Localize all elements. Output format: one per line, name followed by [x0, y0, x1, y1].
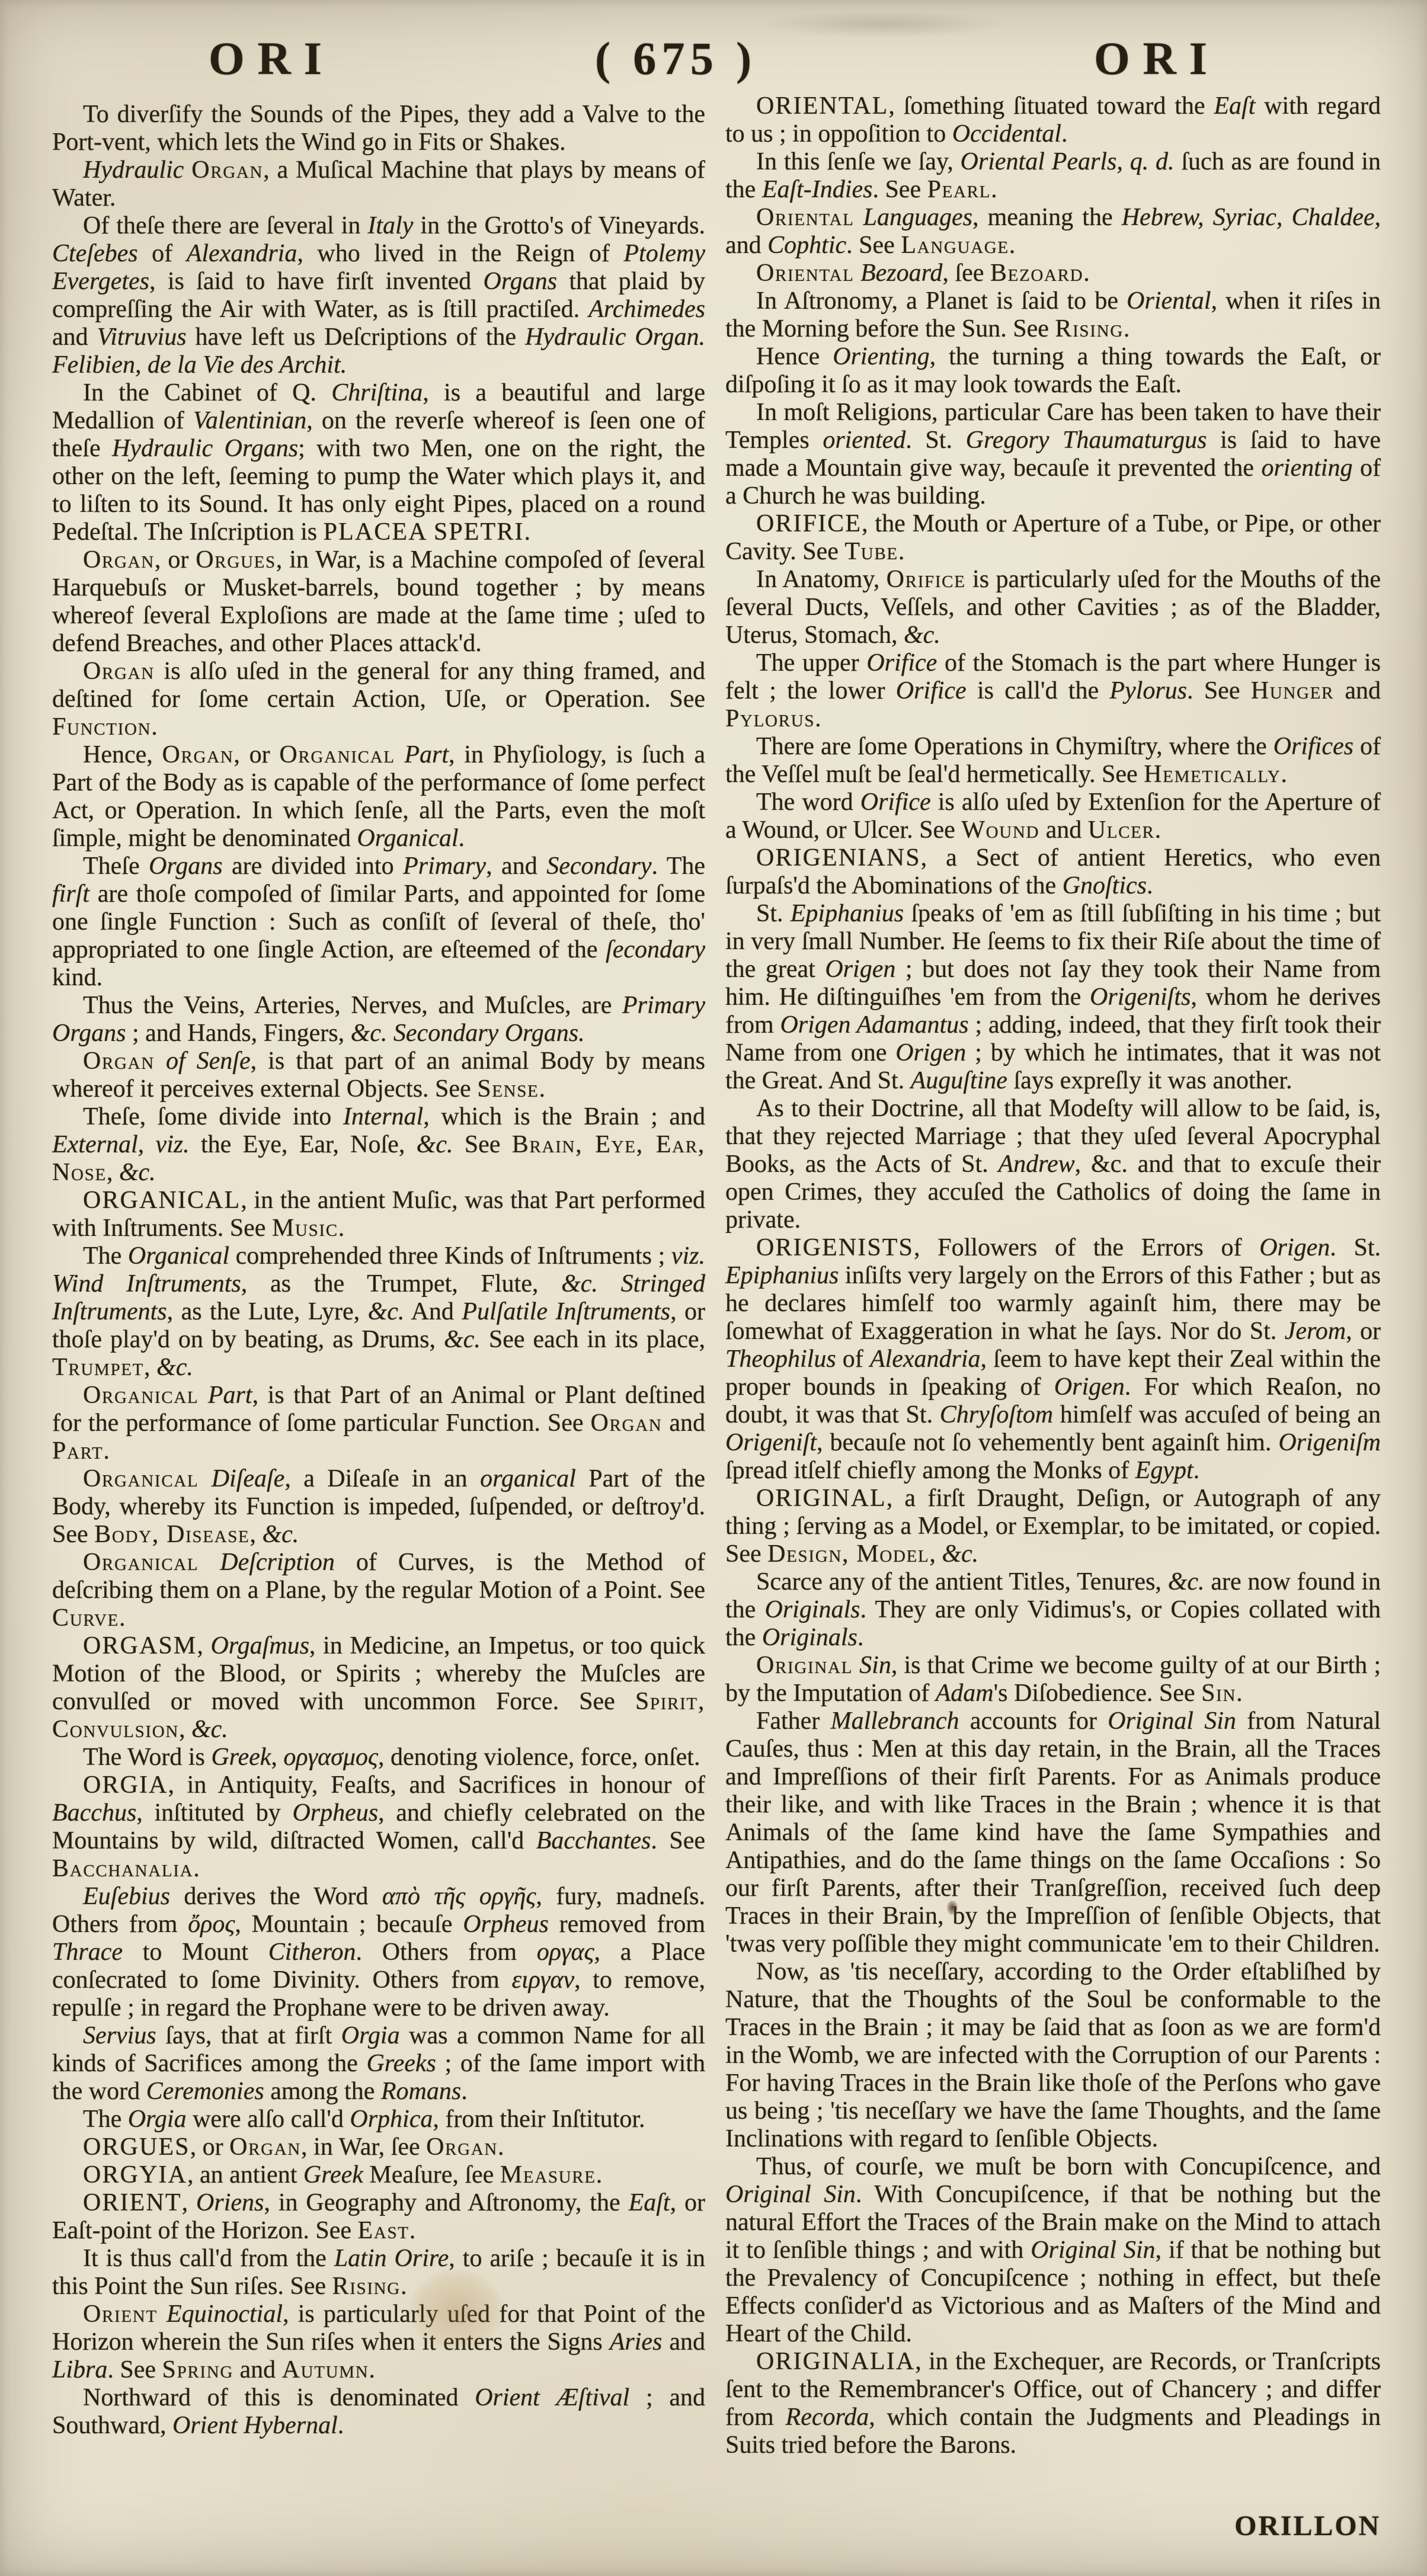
- paragraph: The upper Orifice of the Stomach is the …: [725, 649, 1381, 733]
- page-number: ( 675 ): [595, 26, 757, 91]
- paragraph: Oriental Bezoard, ſee Bezoard.: [725, 259, 1381, 287]
- paragraph: ORGIA, in Antiquity, Feaſts, and Sacrifi…: [52, 1771, 705, 1883]
- paragraph: ORGANICAL, in the antient Muſic, was tha…: [52, 1187, 705, 1242]
- paragraph: ORIFICE, the Mouth or Aperture of a Tube…: [725, 510, 1381, 566]
- paragraph: ORIENT, Oriens, in Geography and Aſtrono…: [52, 2189, 705, 2245]
- paragraph: In this ſenſe we ſay, Oriental Pearls, q…: [725, 148, 1381, 204]
- paragraph: Organical Diſeaſe, a Diſeaſe in an organ…: [52, 1465, 705, 1549]
- paragraph: ORIGENISTS, Followers of the Errors of O…: [725, 1234, 1381, 1485]
- paragraph: The Word is Greek, οργασμος, denoting vi…: [52, 1744, 705, 1771]
- paragraph: As to their Doctrine, all that Modeſty w…: [725, 1095, 1381, 1234]
- paragraph: ORIGINALIA, in the Exchequer, are Record…: [725, 2348, 1381, 2459]
- paragraph: Thus, of courſe, we muſt be born with Co…: [725, 2153, 1381, 2348]
- paragraph: Now, as 'tis neceſſary, according to the…: [725, 1958, 1381, 2153]
- paragraph: ORIGENIANS, a Sect of antient Heretics, …: [725, 844, 1381, 900]
- paragraph: Hence Orienting, the turning a thing tow…: [725, 343, 1381, 399]
- running-head-right: ORI: [1094, 26, 1220, 91]
- paragraph: Euſebius derives the Word απὸ τῆς οργῆς,…: [52, 1883, 705, 2022]
- catchword: ORILLON: [725, 2510, 1381, 2542]
- paragraph: Original Sin, is that Crime we become gu…: [725, 1652, 1381, 1707]
- paragraph: Servius ſays, that at firſt Orgia was a …: [52, 2022, 705, 2106]
- paragraph: It is thus call'd from the Latin Orire, …: [52, 2245, 705, 2301]
- paragraph: In Anatomy, Orifice is particularly uſed…: [725, 566, 1381, 649]
- paragraph: Scarce any of the antient Titles, Tenure…: [725, 1568, 1381, 1652]
- paragraph: Oriental Languages, meaning the Hebrew, …: [725, 204, 1381, 259]
- text-column-right: ORIENTAL, ſomething ſituated toward the …: [725, 92, 1381, 2459]
- paragraph: ORGASM, Orgaſmus, in Medicine, an Impetu…: [52, 1632, 705, 1744]
- paragraph: Father Mallebranch accounts for Original…: [725, 1707, 1381, 1958]
- paragraph: Organical Deſcription of Curves, is the …: [52, 1549, 705, 1632]
- paragraph: ORIGINAL, a firſt Draught, Deſign, or Au…: [725, 1485, 1381, 1568]
- running-head-left: ORI: [209, 26, 335, 91]
- paragraph: Organ of Senſe, is that part of an anima…: [52, 1047, 705, 1103]
- paragraph: Organical Part, is that Part of an Anima…: [52, 1382, 705, 1465]
- paragraph: The word Orifice is alſo uſed by Extenſi…: [725, 789, 1381, 844]
- paragraph: St. Epiphanius ſpeaks of 'em as ſtill ſu…: [725, 900, 1381, 1095]
- paragraph: In the Cabinet of Q. Chriſtina, is a bea…: [52, 379, 705, 546]
- text-column-left: To diverſify the Sounds of the Pipes, th…: [52, 101, 705, 2440]
- paragraph: In moſt Religions, particular Care has b…: [725, 399, 1381, 510]
- paragraph: ORGYIA, an antient Greek Meaſure, ſee Me…: [52, 2161, 705, 2189]
- paragraph: The Organical comprehended three Kinds o…: [52, 1242, 705, 1382]
- paragraph: Hence, Organ, or Organical Part, in Phyſ…: [52, 741, 705, 853]
- paragraph: ORIENTAL, ſomething ſituated toward the …: [725, 92, 1381, 148]
- paragraph: To diverſify the Sounds of the Pipes, th…: [52, 101, 705, 156]
- paragraph: There are ſome Operations in Chymiſtry, …: [725, 733, 1381, 789]
- paragraph: Of theſe there are ſeveral in Italy in t…: [52, 212, 705, 379]
- paragraph: ORGUES, or Organ, in War, ſee Organ.: [52, 2133, 705, 2161]
- paragraph: Thus the Veins, Arteries, Nerves, and Mu…: [52, 992, 705, 1047]
- paragraph: Northward of this is denominated Orient …: [52, 2384, 705, 2440]
- paragraph: In Aſtronomy, a Planet is ſaid to be Ori…: [725, 287, 1381, 343]
- paragraph: Theſe, ſome divide into Internal, which …: [52, 1103, 705, 1187]
- paragraph: The Orgia were alſo call'd Orphica, from…: [52, 2106, 705, 2133]
- paragraph: Orient Equinoctial, is particularly uſed…: [52, 2301, 705, 2384]
- running-head: ORI ( 675 ) ORI: [0, 26, 1427, 97]
- paragraph: Hydraulic Organ, a Muſical Machine that …: [52, 156, 705, 212]
- paragraph: Theſe Organs are divided into Primary, a…: [52, 853, 705, 992]
- scanned-encyclopedia-page: ORI ( 675 ) ORI To diverſify the Sounds …: [0, 0, 1427, 2576]
- paragraph: Organ, or Orgues, in War, is a Machine c…: [52, 546, 705, 658]
- paragraph: Organ is alſo uſed in the general for an…: [52, 658, 705, 741]
